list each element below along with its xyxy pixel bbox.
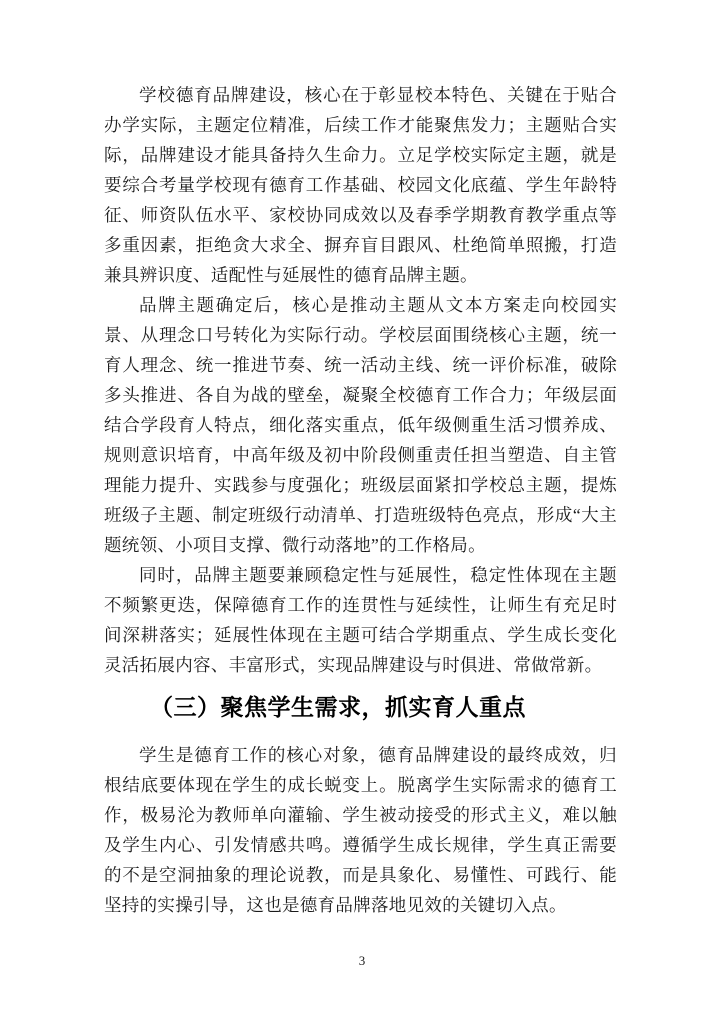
paragraph-student-centered: 学生是德育工作的核心对象，德育品牌建设的最终成效，归根结底要体现在学生的成长蜕变… <box>104 740 617 920</box>
document-page: 学校德育品牌建设，核心在于彰显校本特色、关键在于贴合办学实际，主题定位精准，后续… <box>0 0 724 1024</box>
paragraph-stability-extensibility: 同时，品牌主题要兼顾稳定性与延展性，稳定性体现在主题不频繁更迭，保障德育工作的连… <box>104 560 617 680</box>
section-heading-focus-student-needs: （三）聚焦学生需求，抓实育人重点 <box>104 690 617 726</box>
page-number: 3 <box>359 953 366 968</box>
page-footer: 3 <box>0 952 724 970</box>
paragraph-brand-theme-positioning: 学校德育品牌建设，核心在于彰显校本特色、关键在于贴合办学实际，主题定位精准，后续… <box>104 80 617 290</box>
document-body: 学校德育品牌建设，核心在于彰显校本特色、关键在于贴合办学实际，主题定位精准，后续… <box>104 80 617 920</box>
paragraph-theme-implementation: 品牌主题确定后，核心是推动主题从文本方案走向校园实景、从理念口号转化为实际行动。… <box>104 290 617 560</box>
